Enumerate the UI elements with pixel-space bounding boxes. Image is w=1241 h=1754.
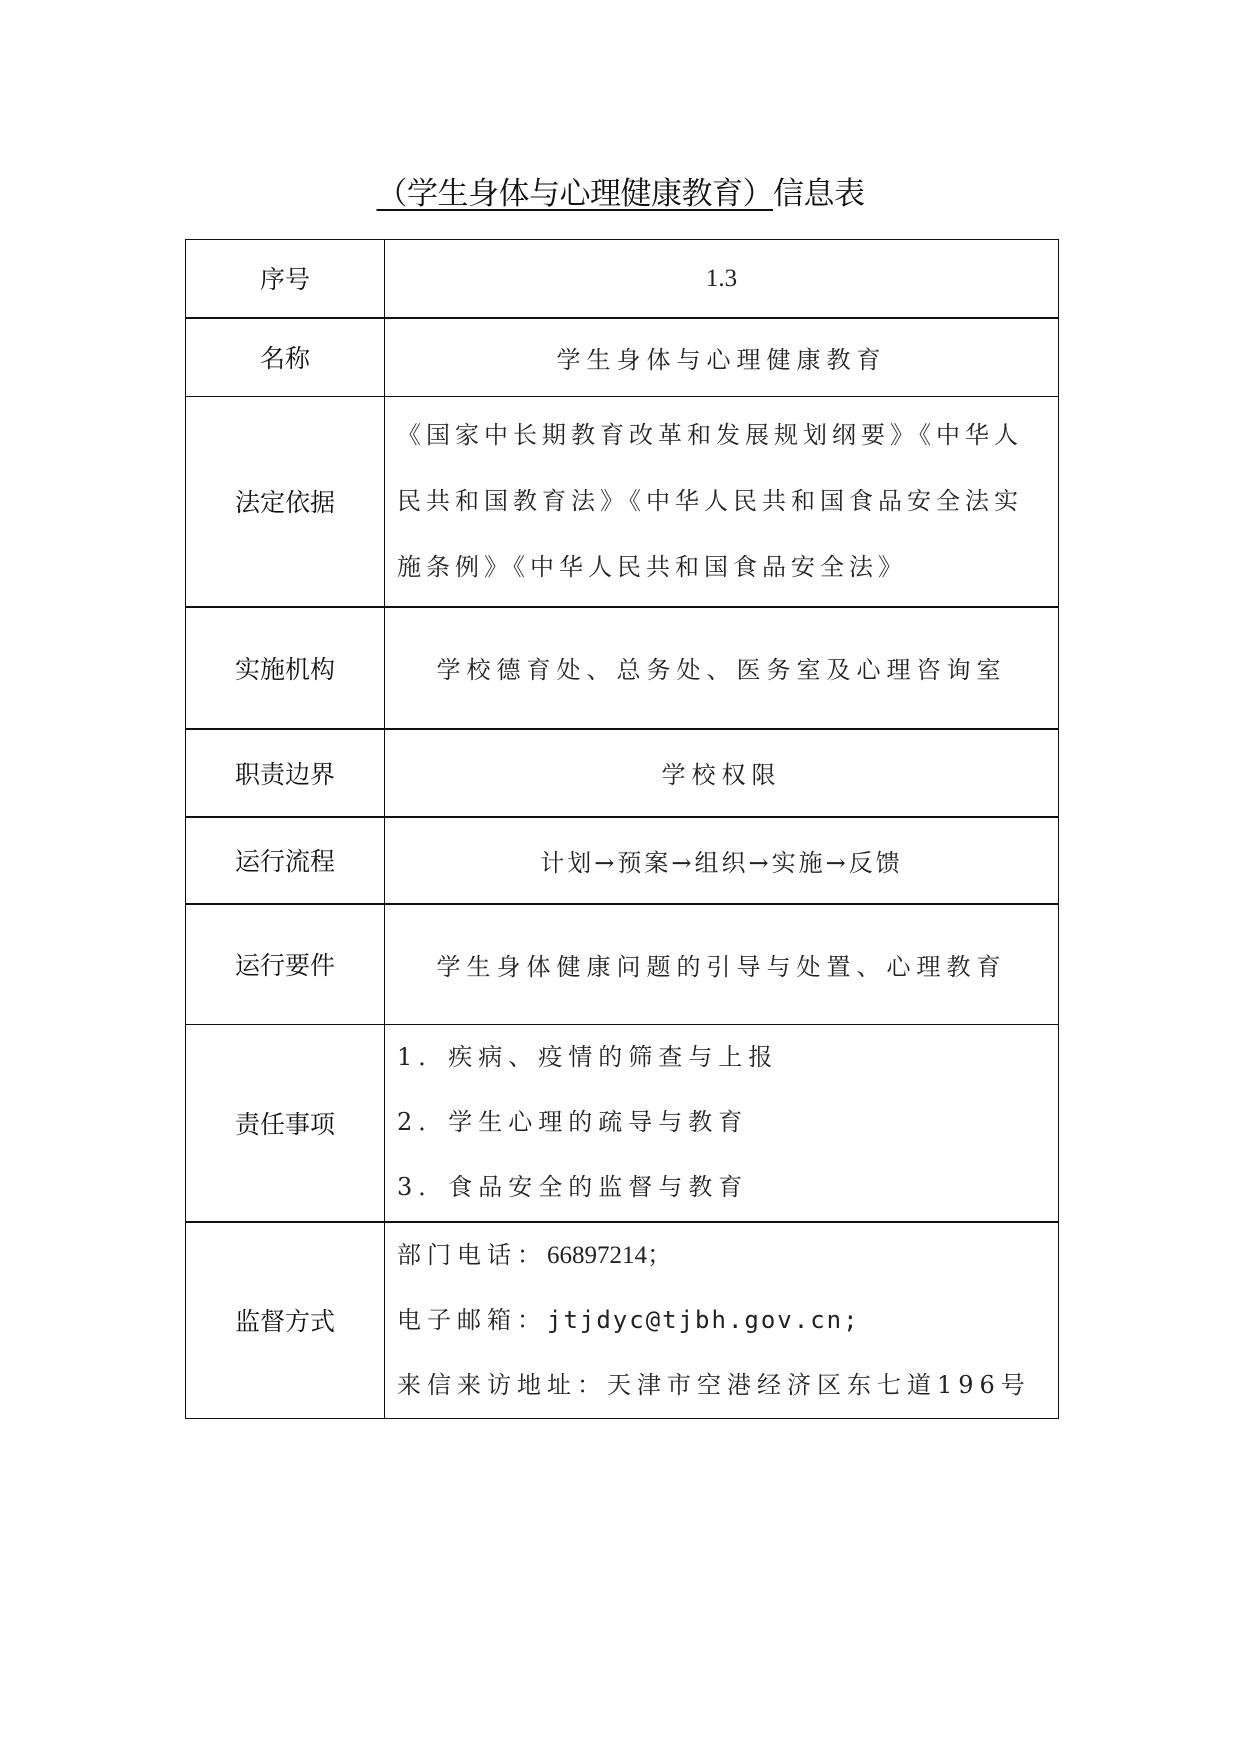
email-label: 电子邮箱：	[397, 1306, 547, 1334]
table-row-name: 名称 学生身体与心理健康教育	[186, 318, 1059, 397]
implementing-body-value: 学校德育处、总务处、医务室及心理咨询室	[385, 607, 1059, 729]
address-label: 来信来访地址：	[397, 1371, 607, 1399]
table-row-supervision: 监督方式 部门电话：66897214； 电子邮箱：jtjdyc@tjbh.gov…	[186, 1222, 1059, 1419]
table-row-requirements: 运行要件 学生身体健康问题的引导与处置、心理教育	[186, 904, 1059, 1025]
email-address: jtjdyc@tjbh.gov.cn;	[547, 1306, 860, 1334]
table-row-serial: 序号 1.3	[186, 240, 1059, 318]
table-row-legal-basis: 法定依据 《国家中长期教育改革和发展规划纲要》《中华人民共和国教育法》《中华人民…	[186, 397, 1059, 607]
title-suffix: 信息表	[773, 176, 865, 212]
list-item: 1．疾病、疫情的筛查与上报	[397, 1025, 1050, 1090]
responsibilities-list: 1．疾病、疫情的筛查与上报 2．学生心理的疏导与教育 3．食品安全的监督与教育	[385, 1025, 1059, 1222]
row-label: 名称	[186, 318, 385, 397]
row-label: 运行要件	[186, 904, 385, 1025]
email-line: 电子邮箱：jtjdyc@tjbh.gov.cn;	[397, 1288, 1050, 1353]
table-row-implementing-body: 实施机构 学校德育处、总务处、医务室及心理咨询室	[186, 607, 1059, 729]
address-value: 天津市空港经济区东七道196号	[607, 1371, 1031, 1399]
list-item: 3．食品安全的监督与教育	[397, 1155, 1050, 1220]
process-value: 计划→预案→组织→实施→反馈	[385, 817, 1059, 904]
row-label: 运行流程	[186, 817, 385, 904]
phone-number: 66897214；	[547, 1242, 672, 1269]
info-table: 序号 1.3 名称 学生身体与心理健康教育 法定依据 《国家中长期教育改革和发展…	[185, 239, 1059, 1419]
supervision-contact: 部门电话：66897214； 电子邮箱：jtjdyc@tjbh.gov.cn; …	[385, 1222, 1059, 1419]
table-row-responsibility-boundary: 职责边界 学校权限	[186, 729, 1059, 817]
row-label: 职责边界	[186, 729, 385, 817]
phone-line: 部门电话：66897214；	[397, 1223, 1050, 1288]
list-item: 2．学生心理的疏导与教育	[397, 1090, 1050, 1155]
name-value: 学生身体与心理健康教育	[385, 318, 1059, 397]
requirements-value: 学生身体健康问题的引导与处置、心理教育	[385, 904, 1059, 1025]
row-label: 责任事项	[186, 1025, 385, 1222]
row-label: 实施机构	[186, 607, 385, 729]
phone-label: 部门电话：	[397, 1241, 547, 1269]
row-label: 序号	[186, 240, 385, 318]
table-row-process: 运行流程 计划→预案→组织→实施→反馈	[186, 817, 1059, 904]
row-label: 法定依据	[186, 397, 385, 607]
row-label: 监督方式	[186, 1222, 385, 1419]
legal-basis-value: 《国家中长期教育改革和发展规划纲要》《中华人民共和国教育法》《中华人民共和国食品…	[385, 397, 1059, 607]
serial-number-value: 1.3	[385, 240, 1059, 318]
responsibility-boundary-value: 学校权限	[385, 729, 1059, 817]
title-underlined: （学生身体与心理健康教育）	[377, 176, 774, 212]
address-line: 来信来访地址：天津市空港经济区东七道196号	[397, 1353, 1050, 1418]
document-title: （学生身体与心理健康教育）信息表	[0, 172, 1241, 216]
table-row-responsibilities: 责任事项 1．疾病、疫情的筛查与上报 2．学生心理的疏导与教育 3．食品安全的监…	[186, 1025, 1059, 1222]
